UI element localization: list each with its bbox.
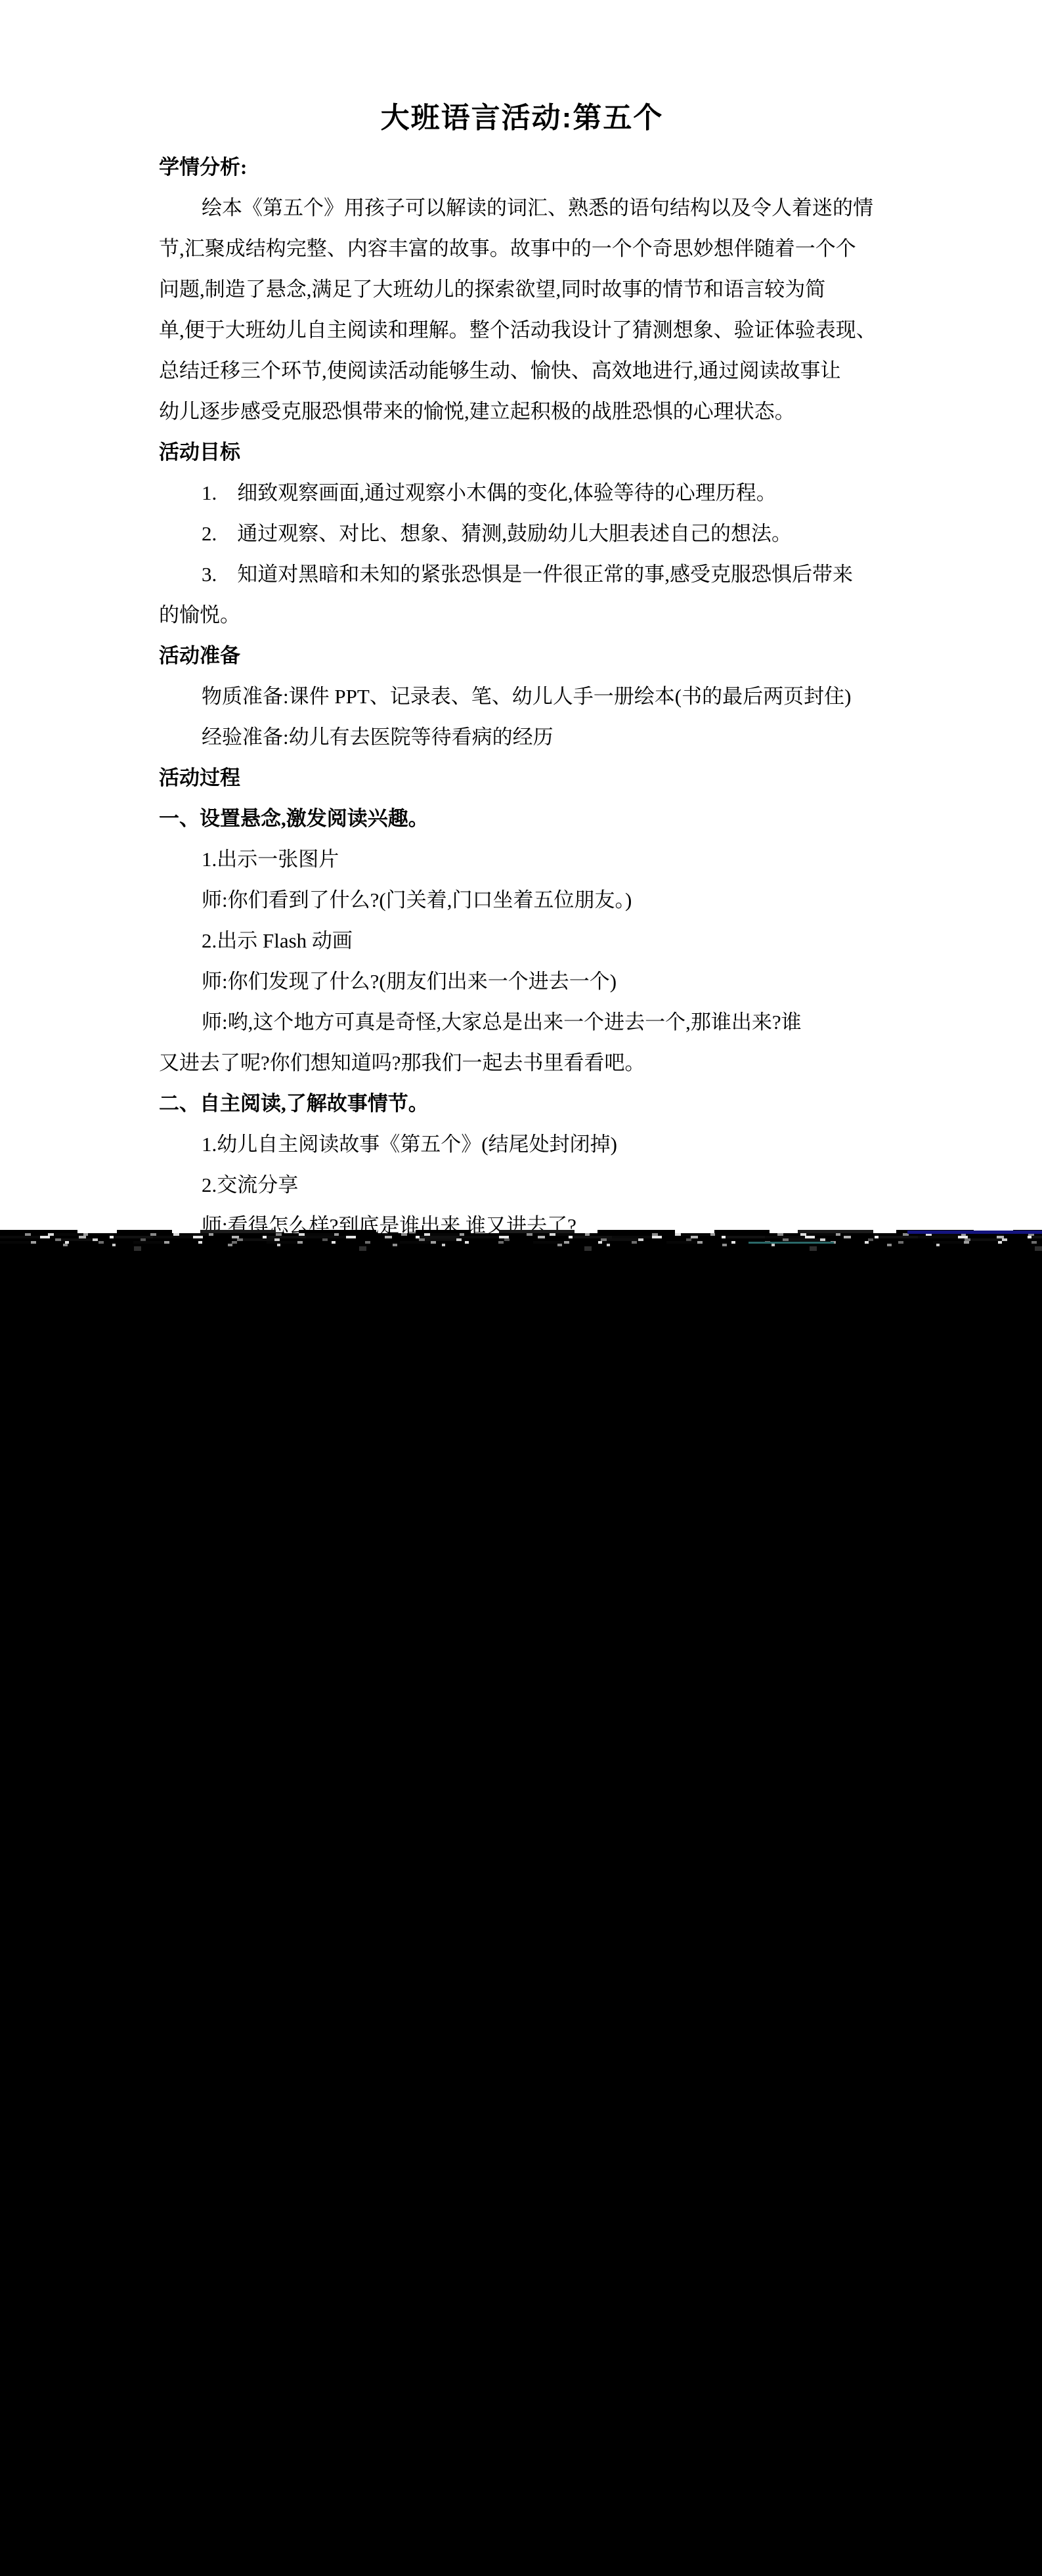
noise-row	[0, 1246, 1042, 1251]
doc-line: 师:你们发现了什么?(朋友们出来一个进去一个)	[159, 961, 892, 1002]
doc-line: 又进去了呢?你们想知道吗?那我们一起去书里看看吧。	[159, 1043, 892, 1083]
document-title: 大班语言活动:第五个	[159, 97, 885, 139]
doc-line: 3. 知道对黑暗和未知的紧张恐惧是一件很正常的事,感受克服恐惧后带来	[159, 554, 892, 595]
doc-line: 经验准备:幼儿有去医院等待看病的经历	[159, 717, 892, 758]
doc-line: 物质准备:课件 PPT、记录表、笔、幼儿人手一册绘本(书的最后两页封住)	[159, 676, 892, 717]
doc-line: 活动过程	[159, 758, 892, 798]
doc-line: 的愉悦。	[159, 595, 892, 636]
doc-line: 总结迁移三个环节,使阅读活动能够生动、愉快、高效地进行,通过阅读故事让	[159, 351, 892, 391]
doc-line: 学情分析:	[159, 147, 892, 188]
doc-line: 2. 通过观察、对比、想象、猜测,鼓励幼儿大胆表述自己的想法。	[159, 513, 892, 554]
doc-line: 1.出示一张图片	[159, 839, 892, 880]
glitch-corruption-band	[0, 1230, 1042, 1251]
doc-line: 二、自主阅读,了解故事情节。	[159, 1083, 892, 1124]
doc-line: 1.幼儿自主阅读故事《第五个》(结尾处封闭掉)	[159, 1124, 892, 1165]
doc-line: 单,便于大班幼儿自主阅读和理解。整个活动我设计了猜测想象、验证体验表现、	[159, 310, 892, 351]
doc-line: 2.交流分享	[159, 1165, 892, 1206]
doc-line: 活动准备	[159, 636, 892, 676]
document-body: 学情分析:绘本《第五个》用孩子可以解读的词汇、熟悉的语句结构以及令人着迷的情节,…	[159, 147, 892, 1246]
doc-line: 一、设置悬念,激发阅读兴趣。	[159, 798, 892, 839]
doc-line: 师:哟,这个地方可真是奇怪,大家总是出来一个进去一个,那谁出来?谁	[159, 1002, 892, 1043]
teal-dash	[749, 1242, 834, 1244]
doc-line: 幼儿逐步感受克服恐惧带来的愉悦,建立起积极的战胜恐惧的心理状态。	[159, 391, 892, 432]
doc-line: 活动目标	[159, 432, 892, 473]
blue-streak	[907, 1231, 1042, 1234]
doc-line: 师:你们看到了什么?(门关着,门口坐着五位朋友。)	[159, 880, 892, 921]
doc-line: 1. 细致观察画面,通过观察小木偶的变化,体验等待的心理历程。	[159, 473, 892, 513]
doc-line: 节,汇聚成结构完整、内容丰富的故事。故事中的一个个奇思妙想伴随着一个个	[159, 229, 892, 269]
document-page: 大班语言活动:第五个 学情分析:绘本《第五个》用孩子可以解读的词汇、熟悉的语句结…	[0, 0, 1042, 2576]
black-footer-region	[0, 1251, 1042, 2576]
doc-line: 绘本《第五个》用孩子可以解读的词汇、熟悉的语句结构以及令人着迷的情	[159, 188, 892, 229]
doc-line: 问题,制造了悬念,满足了大班幼儿的探索欲望,同时故事的情节和语言较为简	[159, 269, 892, 310]
doc-line: 2.出示 Flash 动画	[159, 921, 892, 961]
